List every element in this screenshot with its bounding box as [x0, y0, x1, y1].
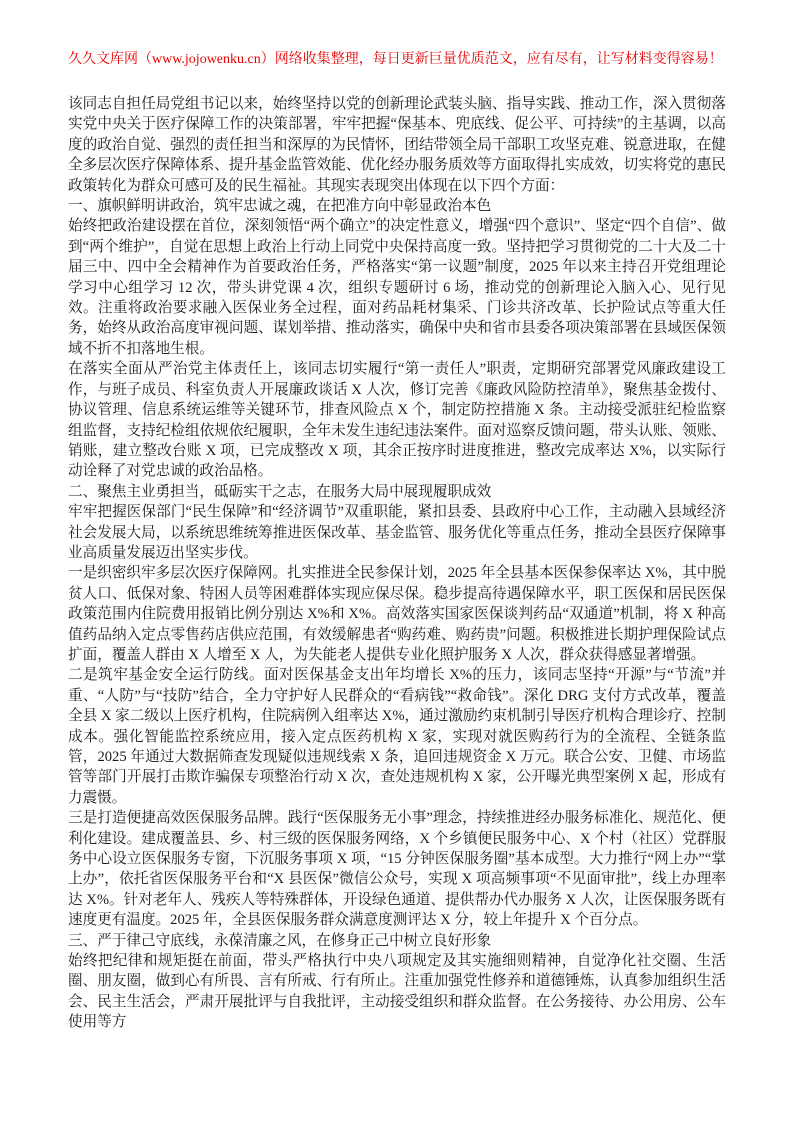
section-heading-3: 三、严于律己守底线，永葆清廉之风，在修身正己中树立良好形象 [68, 931, 726, 951]
document-body: 该同志自担任局党组书记以来，始终坚持以党的创新理论武装头脑、指导实践、推动工作，… [68, 94, 726, 1033]
paragraph-politics-study: 始终把政治建设摆在首位，深刻领悟“两个确立”的决定性意义，增强“四个意识”、坚定… [68, 216, 726, 359]
intro-paragraph: 该同志自担任局党组书记以来，始终坚持以党的创新理论武装头脑、指导实践、推动工作，… [68, 94, 726, 196]
paragraph-insurance-network: 一是织密织牢多层次医疗保障网。扎实推进全民参保计划，2025 年全县基本医保参保… [68, 563, 726, 665]
section-heading-1: 一、旗帜鲜明讲政治，筑牢忠诚之魂，在把准方向中彰显政治本色 [68, 196, 726, 216]
paragraph-discipline: 始终把纪律和规矩挺在前面，带头严格执行中央八项规定及其实施细则精神，自觉净化社交… [68, 951, 726, 1033]
paragraph-party-responsibility: 在落实全面从严治党主体责任上，该同志切实履行“第一责任人”职责，定期研究部署党风… [68, 359, 726, 481]
paragraph-fund-safety: 二是筑牢基金安全运行防线。面对医保基金支出年均增长 X%的压力，该同志坚持“开源… [68, 665, 726, 808]
section-heading-2: 二、聚焦主业勇担当，砥砺实干之志，在服务大局中展现履职成效 [68, 482, 726, 502]
paragraph-service-brand: 三是打造便捷高效医保服务品牌。践行“医保服务无小事”理念，持续推进经办服务标准化… [68, 808, 726, 930]
watermark-header: 久久文库网（www.jojowenku.cn）网络收集整理，每日更新巨量优质范文… [68, 50, 726, 70]
document-page: 久久文库网（www.jojowenku.cn）网络收集整理，每日更新巨量优质范文… [0, 0, 793, 1122]
paragraph-dual-functions: 牢牢把握医保部门“民生保障”和“经济调节”双重职能，紧扣县委、县政府中心工作，主… [68, 502, 726, 563]
